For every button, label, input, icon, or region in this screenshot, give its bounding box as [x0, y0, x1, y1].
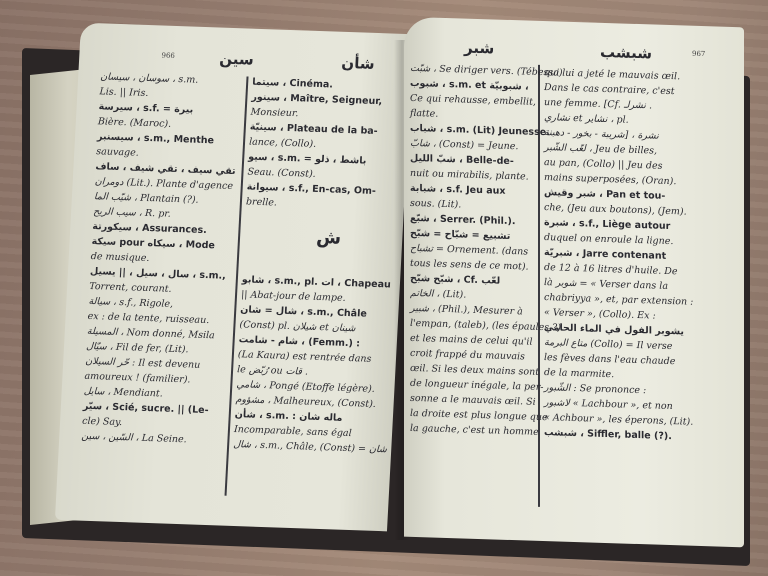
- dictionary-column: شبّت ، Se diriger vers. (Tébessa) شبوب ،…: [410, 61, 538, 440]
- column-header: شبر: [464, 39, 494, 58]
- dictionary-column-continued: شابو ، s.m., pl. ات ، Chapeau || Abat-jo…: [233, 272, 392, 457]
- left-page: 966 سين شأن سوسان ، سيسان ، s.m. Lis. ||…: [55, 23, 413, 532]
- page-number: 967: [692, 50, 705, 58]
- section-letter: ش: [316, 227, 342, 249]
- column-header: سين: [219, 50, 254, 69]
- column-header: شأن: [341, 54, 375, 73]
- right-page: شبر شبشب 967 شبّت ، Se diriger vers. (Té…: [404, 17, 744, 548]
- page-number: 966: [161, 51, 175, 59]
- dictionary-column: سيتما ، Cinéma. سينور ، Maître, Seigneur…: [246, 75, 403, 215]
- column-header: شبشب: [600, 43, 652, 63]
- dictionary-column: سوسان ، سيسان ، s.m. Lis. || Iris. سيرسة…: [81, 69, 246, 448]
- entry-line: la gauche, c'est un homme: [410, 421, 538, 440]
- dictionary-column: qui lui a jeté le mauvais œil. Dans le c…: [544, 65, 734, 446]
